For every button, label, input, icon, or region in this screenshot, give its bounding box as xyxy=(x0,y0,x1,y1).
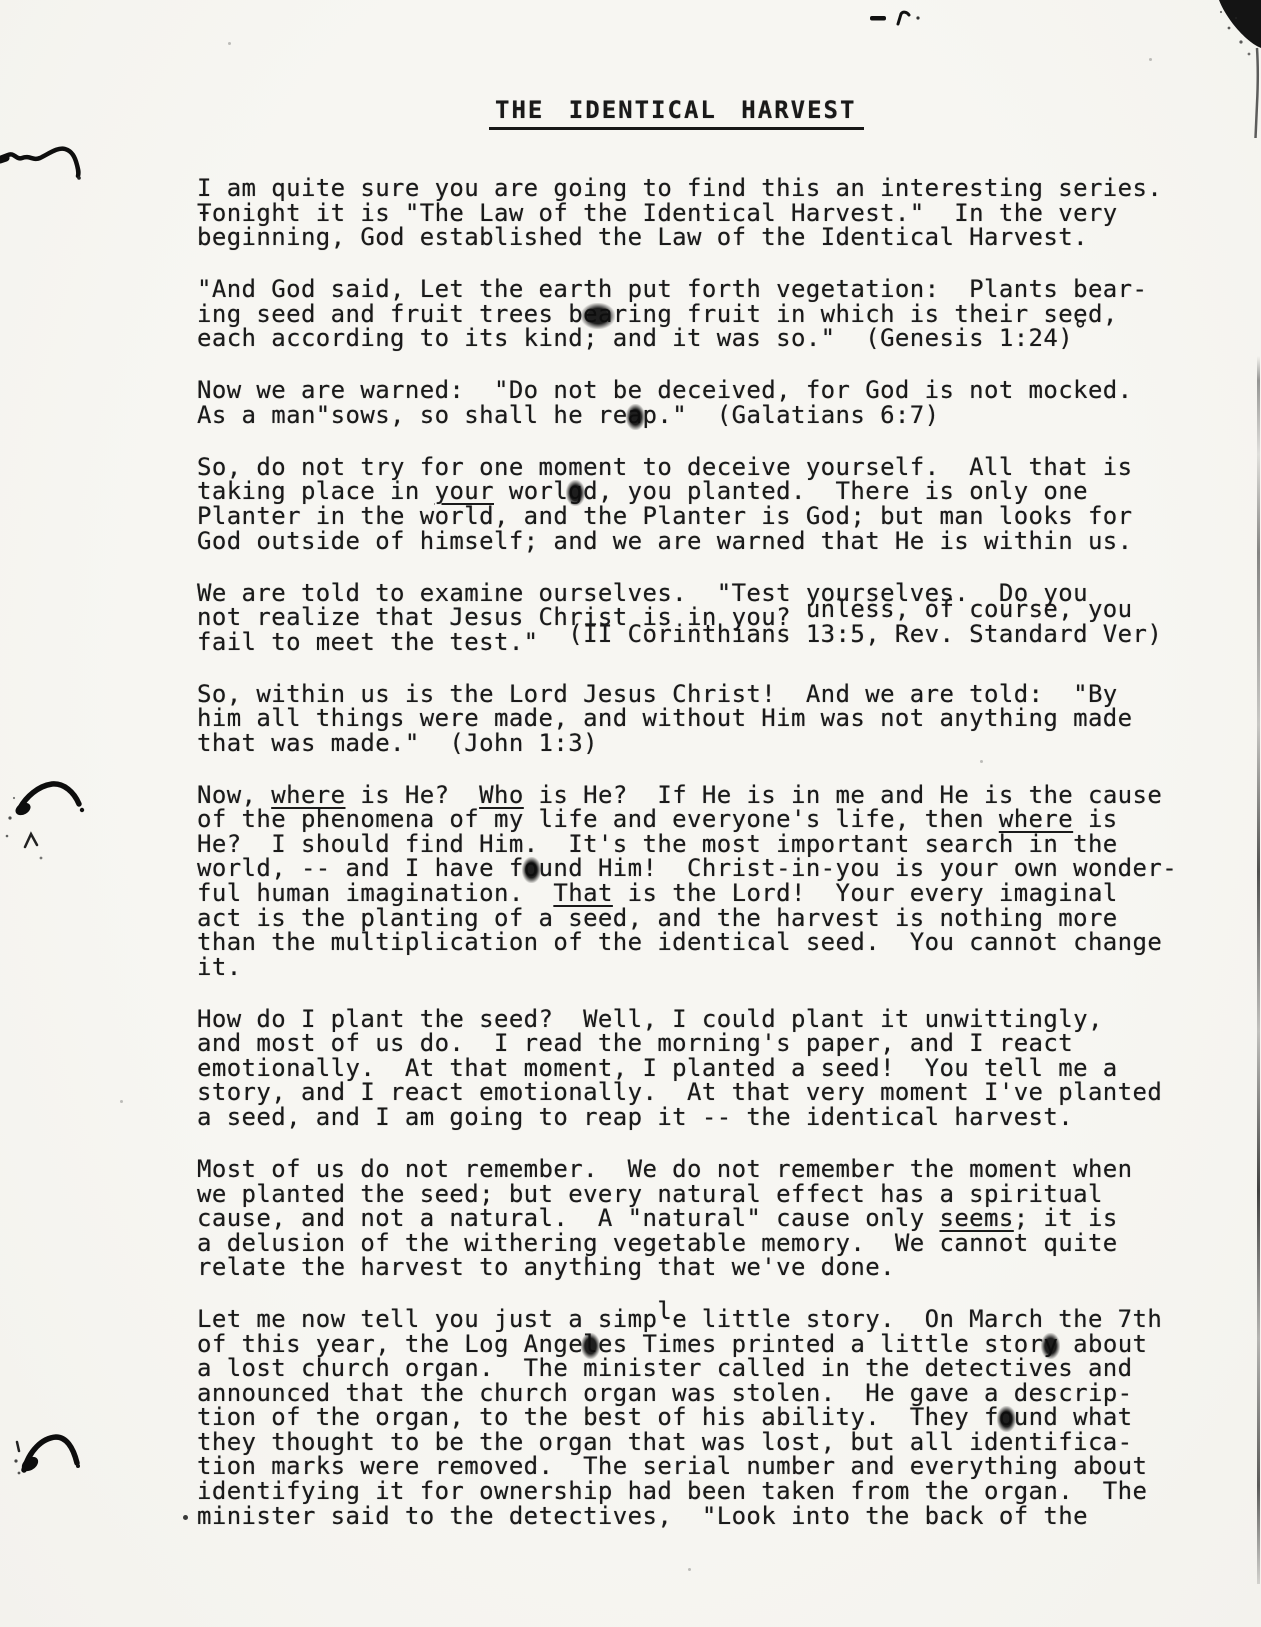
pen-dash-icon xyxy=(868,8,928,30)
paragraph: How do I plant the seed? Well, I could p… xyxy=(197,1007,1207,1130)
text-line: taking place in your worlgd, you planted… xyxy=(197,479,1207,504)
scan-edge-line xyxy=(1257,356,1260,1584)
text-line: Now we are warned: "Do not be deceived, … xyxy=(197,378,1207,403)
pen-hook-icon xyxy=(0,768,100,863)
text-line: world, -- and I have found Him! Christ-i… xyxy=(197,856,1207,881)
paragraph: Let me now tell you just a simple little… xyxy=(197,1307,1207,1528)
text-line: each according to its kind; and it was s… xyxy=(197,326,1207,351)
text-line: cause, and not a natural. A "natural" ca… xyxy=(197,1206,1207,1231)
document-text: I am quite sure you are going to find th… xyxy=(197,176,1207,1528)
text-line: act is the planting of a seed, and the h… xyxy=(197,906,1207,931)
pen-squiggle-icon xyxy=(0,138,95,183)
text-line: we planted the seed; but every natural e… xyxy=(197,1182,1207,1207)
text-line: a seed, and I am going to reap it -- the… xyxy=(197,1105,1207,1130)
text-line: that was made." (John 1:3) xyxy=(197,731,1207,756)
text-line: Most of us do not remember. We do not re… xyxy=(197,1157,1207,1182)
text-line: of this year, the Log Angeles Times prin… xyxy=(197,1332,1207,1357)
paper-speckle xyxy=(688,1568,691,1571)
paragraph: I am quite sure you are going to find th… xyxy=(197,176,1207,250)
text-line: identifying it for ownership had been ta… xyxy=(197,1479,1207,1504)
paragraph: We are told to examine ourselves. "Test … xyxy=(197,581,1207,655)
text-line: How do I plant the seed? Well, I could p… xyxy=(197,1007,1207,1032)
text-line: announced that the church organ was stol… xyxy=(197,1381,1207,1406)
page-title: THE IDENTICAL HARVEST xyxy=(489,96,864,130)
text-line: emotionally. At that moment, I planted a… xyxy=(197,1056,1207,1081)
text-line: story, and I react emotionally. At that … xyxy=(197,1080,1207,1105)
text-line: they thought to be the organ that was lo… xyxy=(197,1430,1207,1455)
text-line: I am quite sure you are going to find th… xyxy=(197,176,1207,201)
paragraph: Now, where is He? Who is He? If He is in… xyxy=(197,783,1207,979)
stray-dot xyxy=(183,1515,188,1520)
text-line: relate the harvest to anything that we'v… xyxy=(197,1255,1207,1280)
text-line: a delusion of the withering vegetable me… xyxy=(197,1231,1207,1256)
text-line: a lost church organ. The minister called… xyxy=(197,1356,1207,1381)
text-line: and most of us do. I read the morning's … xyxy=(197,1031,1207,1056)
paper-speckle xyxy=(446,1020,449,1023)
text-line: tion marks were removed. The serial numb… xyxy=(197,1454,1207,1479)
text-line: it. xyxy=(197,955,1207,980)
text-line: He? I should find Him. It's the most imp… xyxy=(197,832,1207,857)
pen-arc-icon xyxy=(0,1420,100,1495)
paragraph: Most of us do not remember. We do not re… xyxy=(197,1157,1207,1280)
text-line: "And God said, Let the earth put forth v… xyxy=(197,277,1207,302)
text-line: minister said to the detectives, "Look i… xyxy=(197,1504,1207,1529)
text-line: beginning, God established the Law of th… xyxy=(197,225,1207,250)
text-line: Ŧonight it is "The Law of the Identical … xyxy=(197,201,1207,226)
text-line: fail to meet the test." (II Corinthians … xyxy=(197,630,1207,655)
paragraph: "And God said, Let the earth put forth v… xyxy=(197,277,1207,351)
text-line: Now, where is He? Who is He? If He is in… xyxy=(197,783,1207,808)
text-line: tion of the organ, to the best of his ab… xyxy=(197,1405,1207,1430)
text-line: him all things were made, and without Hi… xyxy=(197,706,1207,731)
paper-speckle xyxy=(120,1100,123,1103)
paragraph: So, do not try for one moment to deceive… xyxy=(197,455,1207,553)
text-line: ful human imagination. That is the Lord!… xyxy=(197,881,1207,906)
text-line: As a man"sows, so shall he reap." (Galat… xyxy=(197,403,1207,428)
text-line: So, within us is the Lord Jesus Christ! … xyxy=(197,682,1207,707)
paragraph: So, within us is the Lord Jesus Christ! … xyxy=(197,682,1207,756)
text-line: Let me now tell you just a simple little… xyxy=(197,1307,1207,1332)
text-line: God outside of himself; and we are warne… xyxy=(197,529,1207,554)
document-page: THE IDENTICAL HARVEST I am quite sure yo… xyxy=(0,0,1261,1627)
scan-corner-blob-icon xyxy=(1191,0,1261,150)
text-line: Planter in the world, and the Planter is… xyxy=(197,504,1207,529)
paper-speckle xyxy=(1149,58,1152,61)
paper-speckle xyxy=(228,42,231,45)
text-line: of the phenomena of my life and everyone… xyxy=(197,807,1207,832)
paragraph: Now we are warned: "Do not be deceived, … xyxy=(197,378,1207,427)
text-line: So, do not try for one moment to deceive… xyxy=(197,455,1207,480)
paper-speckle xyxy=(980,760,983,763)
text-line: ing seed and fruit trees bearing fruit i… xyxy=(197,302,1207,327)
text-line: than the multiplication of the identical… xyxy=(197,930,1207,955)
